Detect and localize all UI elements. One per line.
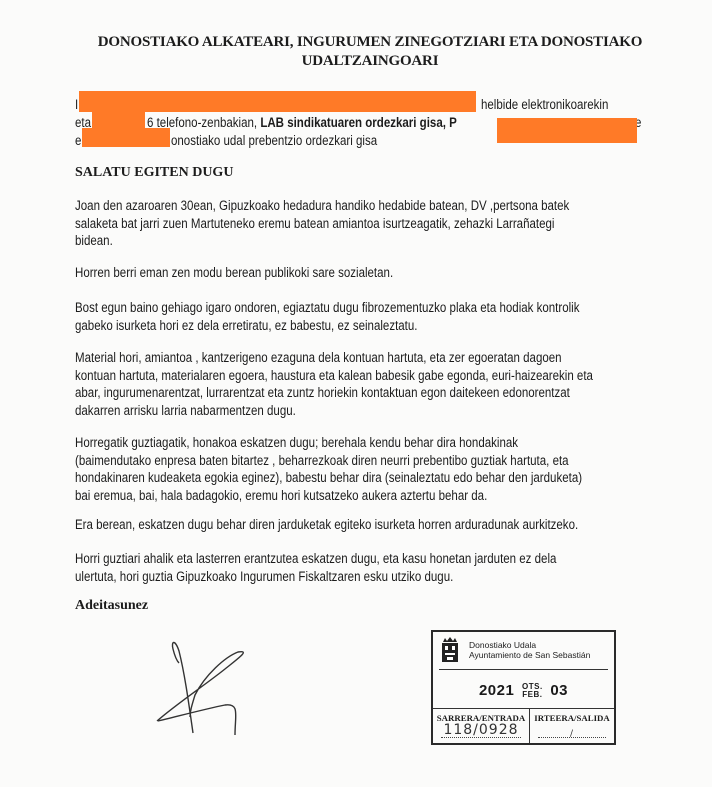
- paragraph-line: (baimendutako enpresa baten bitartez , b…: [75, 452, 695, 470]
- title-line-1: DONOSTIAKO ALKATEARI, INGURUMEN ZINEGOTZ…: [60, 33, 680, 52]
- paragraph-line: bai eremua, bai, hala badagokio, eremu h…: [75, 487, 695, 505]
- paragraph-line: dakarren arrisku larria nabarmentzen dug…: [75, 402, 695, 420]
- paragraph-line: kontuan hartuta, materialaren egoera, ha…: [75, 367, 695, 385]
- paragraph-line: salaketa bat jarri zuen Martuteneko erem…: [75, 215, 695, 233]
- paragraph-line: Horri guztiari ahalik eta lasterren eran…: [75, 550, 695, 568]
- stamp-month: OTS.FEB.: [522, 683, 543, 699]
- title-line-2: UDALTZAINGOARI: [60, 52, 680, 71]
- redaction-phone: [92, 110, 145, 129]
- paragraph-4: Material hori, amiantoa , kantzerigeno e…: [75, 349, 695, 419]
- paragraph-line: Horregatik guztiagatik, honakoa eskatzen…: [75, 434, 695, 452]
- paragraph-line: Horren berri eman zen modu berean publik…: [75, 264, 695, 282]
- stamp-date: 2021 OTS.FEB. 03: [433, 682, 614, 699]
- paragraph-1: Joan den azaroaren 30ean, Gipuzkoako hed…: [75, 197, 695, 250]
- stamp-divider: [439, 669, 608, 670]
- stamp-entry: SARRERA/ENTRADA 118/0928: [433, 709, 530, 743]
- paragraph-line: Material hori, amiantoa , kantzerigeno e…: [75, 349, 695, 367]
- paragraph-7: Horri guztiari ahalik eta lasterren eran…: [75, 550, 695, 585]
- redaction-name-3: [497, 118, 637, 143]
- redaction-name-2: [82, 128, 170, 147]
- paragraph-2: Horren berri eman zen modu berean publik…: [75, 264, 695, 282]
- paragraph-line: Era berean, eskatzen dugu behar diren ja…: [75, 516, 695, 534]
- intro-line-3: onostiako udal prebentzio ordezkari gisa: [171, 132, 411, 150]
- city-crest-icon: [441, 637, 459, 663]
- stamp-exit: IRTEERA/SALIDA /: [530, 709, 614, 743]
- redaction-name: [79, 91, 476, 112]
- closing: Adeitasunez: [75, 598, 148, 614]
- paragraph-5: Horregatik guztiagatik, honakoa eskatzen…: [75, 434, 695, 504]
- signature: [145, 625, 285, 745]
- paragraph-line: hondakinaren kudeaketa egokia eginez), b…: [75, 469, 695, 487]
- paragraph-line: Joan den azaroaren 30ean, Gipuzkoako hed…: [75, 197, 695, 215]
- paragraph-line: ulertuta, hori guztia Gipuzkoako Ingurum…: [75, 568, 695, 586]
- section-heading: SALATU EGITEN DUGU: [75, 165, 233, 181]
- stamp-organization: Donostiako Udala Ayuntamiento de San Seb…: [469, 640, 590, 660]
- paragraph-line: abar, ingurumenarentzat, lurrarentzat et…: [75, 384, 695, 402]
- paragraph-line: Bost egun baino gehiago igaro ondoren, e…: [75, 299, 695, 317]
- intro-line-1-end: helbide elektronikoarekin: [481, 96, 629, 114]
- paragraph-3: Bost egun baino gehiago igaro ondoren, e…: [75, 299, 695, 334]
- paragraph-line: bidean.: [75, 232, 695, 250]
- intro-line-2: 6 telefono-zenbakian, LAB sindikatuaren …: [147, 114, 507, 132]
- registry-stamp: Donostiako Udala Ayuntamiento de San Seb…: [431, 630, 616, 745]
- paragraph-6: Era berean, eskatzen dugu behar diren ja…: [75, 516, 695, 534]
- stamp-entry-number: 118/0928: [433, 722, 529, 738]
- document-page: DONOSTIAKO ALKATEARI, INGURUMEN ZINEGOTZ…: [0, 0, 712, 787]
- paragraph-line: gabeko isurketa hori ez dela erretiratu,…: [75, 317, 695, 335]
- stamp-register: SARRERA/ENTRADA 118/0928 IRTEERA/SALIDA …: [433, 708, 614, 743]
- document-title: DONOSTIAKO ALKATEARI, INGURUMEN ZINEGOTZ…: [60, 33, 680, 71]
